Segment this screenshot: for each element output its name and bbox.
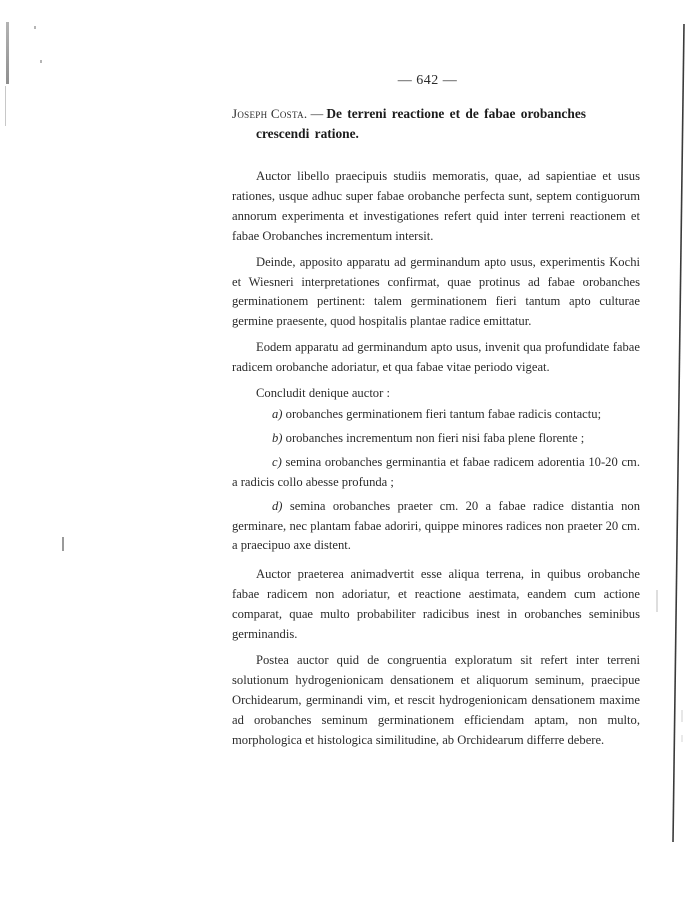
- paragraph: Auctor libello praecipuis studiis memora…: [232, 167, 640, 247]
- list-text: orobanches incrementum non fieri nisi fa…: [283, 431, 585, 445]
- scan-speck: [34, 26, 36, 29]
- scanned-page: — 642 — Joseph Costa. — De terreni react…: [0, 0, 695, 900]
- article-body: Joseph Costa. — De terreni reactione et …: [232, 104, 640, 756]
- scan-speck: [40, 60, 42, 63]
- heading-dash: —: [307, 107, 326, 121]
- conclusion-item-c: c) semina orobanches germinantia et faba…: [232, 453, 640, 493]
- conclusion-item-a: a) orobanches germinationem fieri tantum…: [232, 405, 640, 425]
- paragraph: Deinde, apposito apparatu ad germinandum…: [232, 253, 640, 333]
- conclusion-item-b: b) orobanches incrementum non fieri nisi…: [232, 429, 640, 449]
- scan-edge-mark: [5, 86, 6, 126]
- scan-margin-mark: [62, 537, 64, 551]
- conclusion-item-d: d) semina orobanches praeter cm. 20 a fa…: [232, 497, 640, 557]
- article-heading: Joseph Costa. — De terreni reactione et …: [232, 104, 640, 144]
- page-number: — 642 —: [0, 73, 695, 89]
- list-label: d): [272, 499, 283, 513]
- list-text: semina orobanches germinantia et fabae r…: [232, 455, 640, 489]
- list-text: orobanches germinationem fieri tantum fa…: [283, 407, 602, 421]
- paragraph: Eodem apparatu ad germinandum apto usus,…: [232, 338, 640, 378]
- list-label: b): [272, 431, 283, 445]
- list-text: semina orobanches praeter cm. 20 a fabae…: [232, 499, 640, 553]
- paragraph: Concludit denique auctor :: [232, 384, 640, 404]
- paragraph: Auctor praeterea animadvertit esse aliqu…: [232, 565, 640, 645]
- paragraph: Postea auctor quid de congruentia explor…: [232, 651, 640, 751]
- list-label: c): [272, 455, 282, 469]
- author-name: Joseph Costa.: [232, 106, 307, 121]
- list-label: a): [272, 407, 283, 421]
